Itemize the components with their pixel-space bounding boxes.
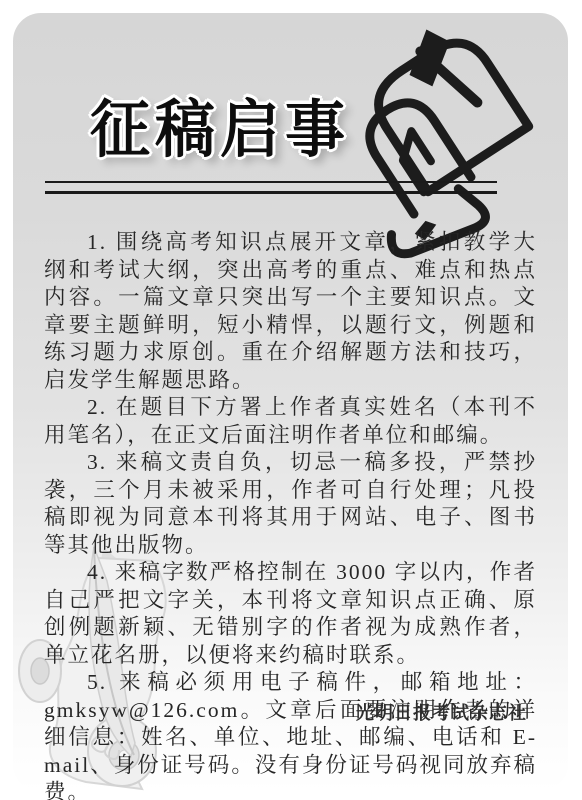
notice-paragraph-5: 5. 来稿必须用电子稿件，邮箱地址：gmksyw@126.com。文章后面要注明… [44, 669, 537, 800]
page-title: 征稿启事 [90, 99, 350, 161]
notice-paragraph-2: 2. 在题目下方署上作者真实姓名（本刊不用笔名），在正文后面注明作者单位和邮编。 [44, 394, 537, 449]
title-divider-double-rule [45, 181, 497, 194]
publisher-signature: 光明日报考试杂志社 [356, 699, 527, 725]
notice-paragraph-4: 4. 来稿字数严格控制在 3000 字以内，作者自己严把文字关，本刊将文章知识点… [44, 559, 537, 669]
notice-paragraph-3: 3. 来稿文责自负，切忌一稿多投，严禁抄袭，三个月未被采用，作者可自行处理；凡投… [44, 449, 537, 559]
notice-paragraph-1: 1. 围绕高考知识点展开文章，紧扣教学大纲和考试大纲，突出高考的重点、难点和热点… [44, 229, 537, 394]
submission-notice-page: 征稿启事 1. 围绕高考知识点展开文章，紧扣 [0, 0, 582, 800]
